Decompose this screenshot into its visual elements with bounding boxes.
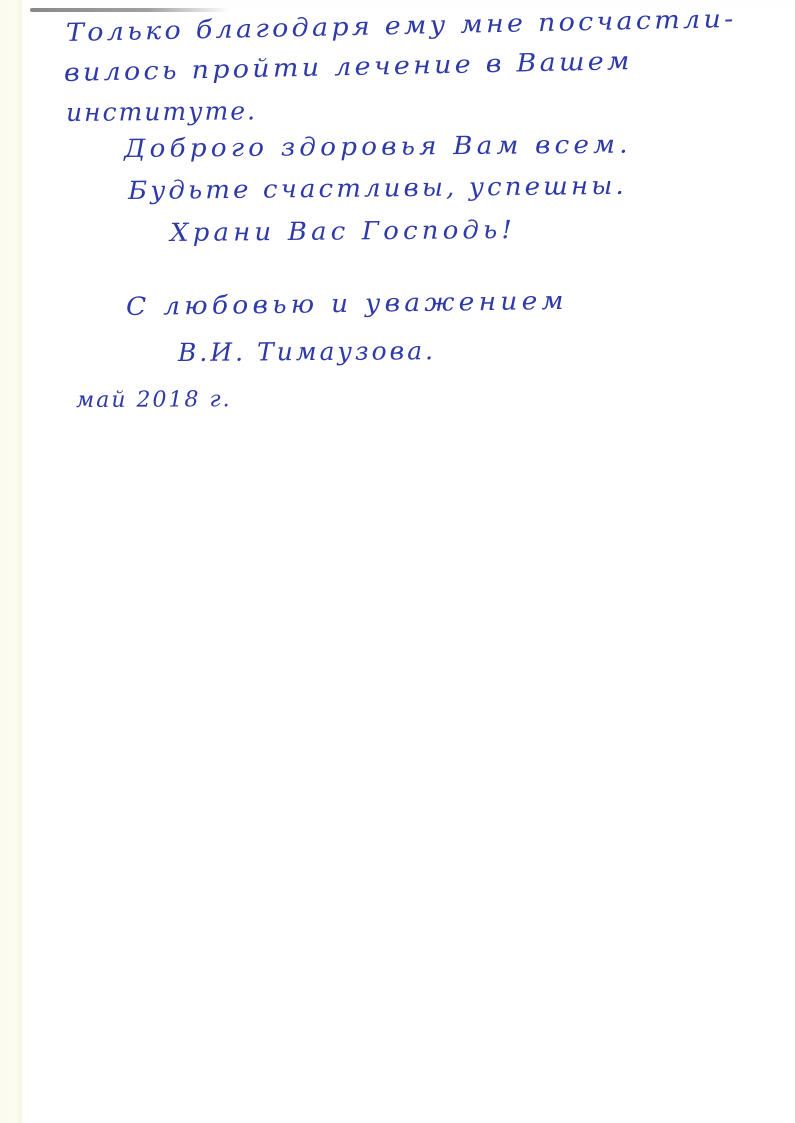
letter-line: Доброго здоровья Вам всем.: [124, 130, 632, 163]
letter-date: май 2018 г.: [76, 387, 232, 413]
top-edge-shadow: [30, 8, 230, 12]
scanned-page: Только благодаря ему мне посчастли- вило…: [0, 0, 795, 1123]
scan-edge: [0, 0, 22, 1123]
letter-signature: В.И. Тимаузова.: [178, 336, 436, 367]
letter-line: Будьте счастливы, успешны.: [128, 171, 627, 205]
letter-line: вилось пройти лечение в Вашем: [64, 46, 633, 87]
letter-line: институте.: [66, 96, 257, 127]
letter-line: Храни Вас Господь!: [170, 215, 516, 247]
letter-closing: С любовью и уважением: [126, 286, 568, 321]
letter-paper: Только благодаря ему мне посчастли- вило…: [22, 6, 795, 1123]
